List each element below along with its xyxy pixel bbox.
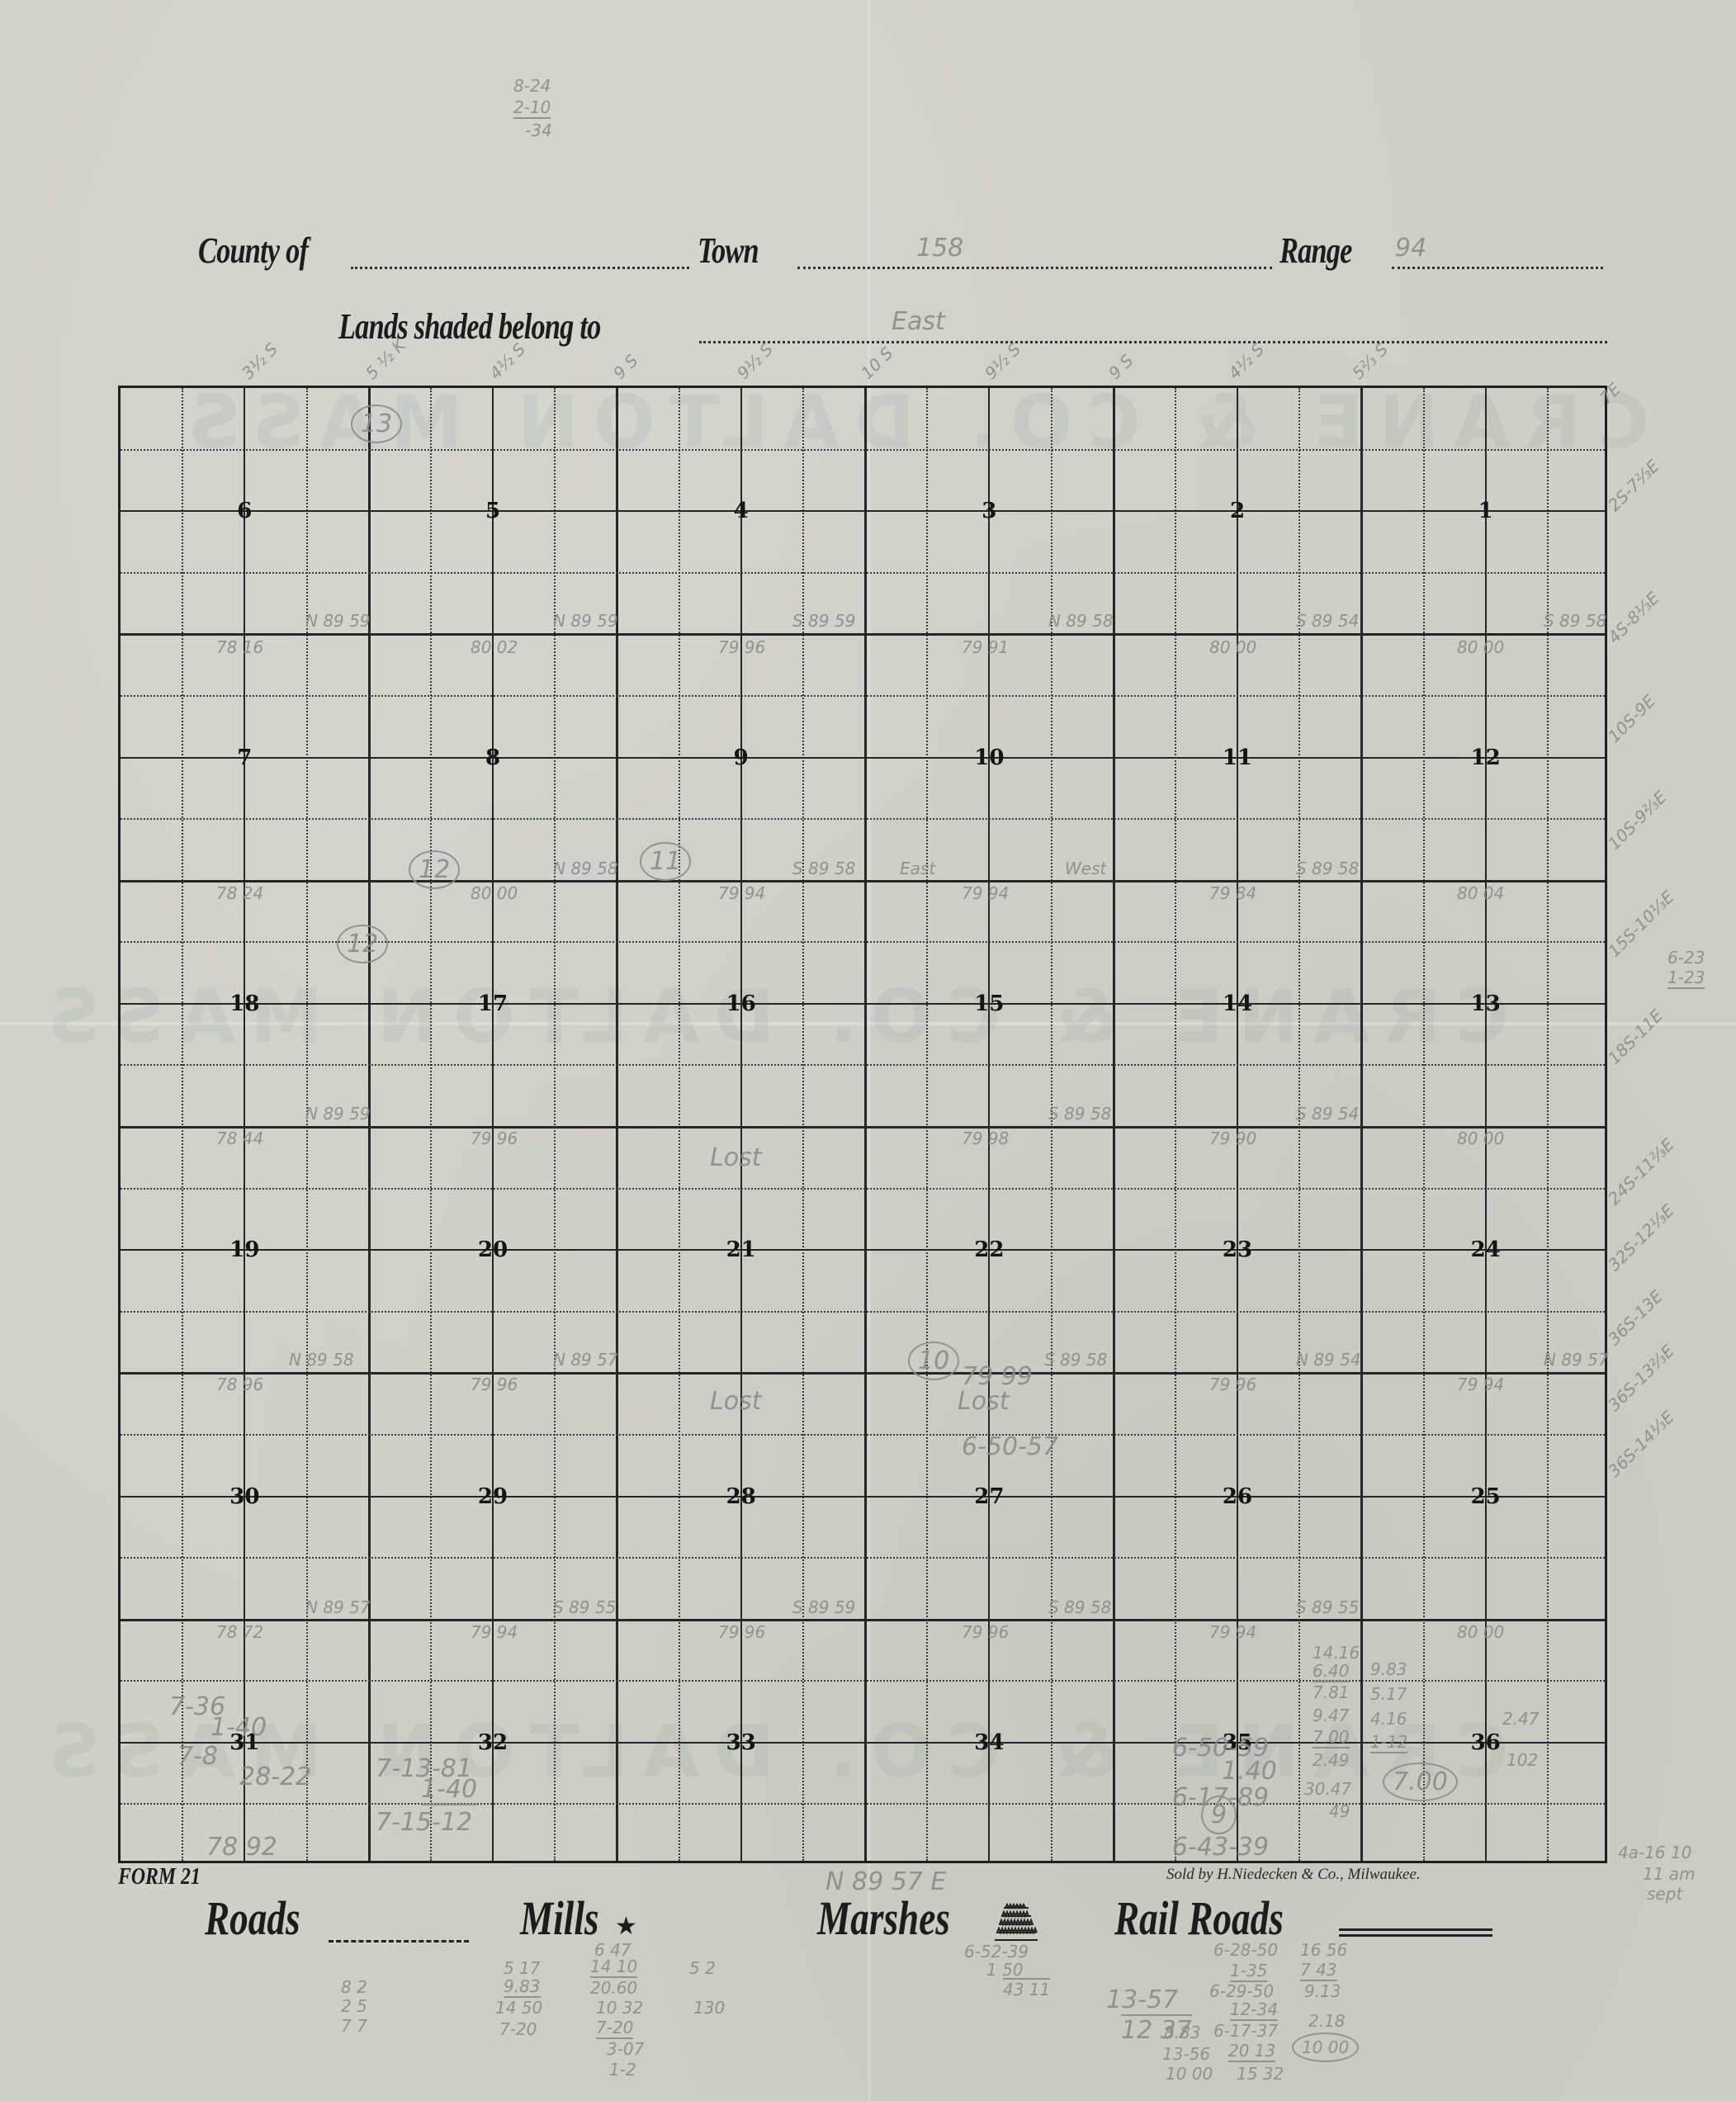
quarter-quarter-line bbox=[1298, 388, 1300, 1861]
circled-number: 11 bbox=[640, 842, 691, 881]
calc-block: 3-07 bbox=[607, 2039, 644, 2059]
section-number-7: 7 bbox=[237, 747, 252, 769]
edge-bearing: 36S-13E bbox=[1604, 1286, 1667, 1349]
line-bearing: N 89 58 bbox=[289, 1350, 354, 1370]
section-number-14: 14 bbox=[1223, 993, 1252, 1015]
quarter-quarter-line bbox=[121, 695, 1605, 697]
quarter-quarter-line bbox=[121, 449, 1605, 451]
section-number-18: 18 bbox=[229, 993, 259, 1015]
section-number-32: 32 bbox=[478, 1732, 508, 1753]
calc-block: 1 50 bbox=[986, 1960, 1024, 1980]
line-bearing: N 89 57 bbox=[553, 1350, 618, 1370]
calc-block: 14 10 bbox=[590, 1957, 637, 1978]
calc-line: 30.47 bbox=[1304, 1779, 1351, 1799]
margin-note: sept bbox=[1647, 1884, 1682, 1904]
edge-bearing: 36S-13⅔E bbox=[1604, 1341, 1678, 1415]
calc-block: 20.60 bbox=[590, 1978, 637, 1998]
calc-block: 16 56 bbox=[1300, 1940, 1347, 1960]
line-lost: Lost bbox=[958, 1387, 1009, 1416]
legend-railroads-label: Rail Roads bbox=[1114, 1890, 1284, 1946]
circled-number: 10 00 bbox=[1292, 2032, 1359, 2062]
calc-block: 9.13 bbox=[1304, 1981, 1341, 2001]
margin-note: 1-23 bbox=[1667, 968, 1705, 989]
corner-note: 9 S bbox=[609, 351, 641, 383]
quarter-line bbox=[121, 757, 1605, 759]
line-distance: 78 44 bbox=[216, 1129, 263, 1148]
section-number-1: 1 bbox=[1478, 500, 1493, 522]
line-lost: Lost bbox=[710, 1387, 761, 1416]
edge-bearing: 36S-14⅓E bbox=[1604, 1407, 1678, 1481]
calc-block: 6-17-37 bbox=[1213, 2021, 1278, 2041]
calc-line: 7-15-12 bbox=[376, 1808, 472, 1837]
marsh-symbol-icon bbox=[992, 1903, 1040, 1942]
line-direction: West bbox=[1065, 859, 1106, 878]
line-bearing: N 89 58 bbox=[1048, 611, 1114, 631]
lands-shaded-field[interactable] bbox=[699, 341, 1607, 343]
calc-line: 7.81 bbox=[1313, 1682, 1350, 1702]
quarter-quarter-line bbox=[182, 388, 183, 1861]
line-bearing: N 89 59 bbox=[305, 611, 371, 631]
edge-bearing: 24S-11⅔E bbox=[1604, 1134, 1678, 1209]
calc-block: 7 43 bbox=[1300, 1960, 1337, 1981]
corner-note: 10 S bbox=[857, 343, 896, 383]
mill-star-icon: ★ bbox=[615, 1912, 637, 1941]
section-number-11: 11 bbox=[1223, 747, 1252, 769]
section-number-13: 13 bbox=[1471, 993, 1501, 1015]
quarter-quarter-line bbox=[679, 388, 680, 1861]
line-bearing: S 89 58 bbox=[1544, 611, 1606, 631]
section-number-4: 4 bbox=[734, 500, 749, 522]
calc-line: 1-40 bbox=[421, 1775, 477, 1805]
quarter-quarter-line bbox=[121, 1311, 1605, 1313]
calc-block: 15 32 bbox=[1237, 2064, 1284, 2084]
edge-bearing: 2S-7⅔E bbox=[1604, 456, 1663, 515]
section-line bbox=[1113, 388, 1115, 1861]
town-field[interactable] bbox=[797, 267, 1272, 269]
line-bearing: S 89 58 bbox=[1044, 1350, 1107, 1370]
quarter-quarter-line bbox=[926, 388, 928, 1861]
calc-line: 1-12 bbox=[1370, 1732, 1407, 1753]
line-distance: 79 94 bbox=[471, 1622, 518, 1642]
calc-line: 9.47 bbox=[1313, 1706, 1350, 1725]
calc-line: 78 92 bbox=[206, 1833, 277, 1862]
range-field[interactable] bbox=[1392, 267, 1603, 269]
line-distance: 79 94 bbox=[962, 883, 1009, 903]
section-number-28: 28 bbox=[726, 1486, 756, 1507]
calc-line: 1.40 bbox=[1222, 1757, 1277, 1786]
line-distance: 80 00 bbox=[471, 883, 518, 903]
section-number-26: 26 bbox=[1223, 1486, 1252, 1507]
legend-roads-label: Roads bbox=[205, 1890, 300, 1946]
section-number-2: 2 bbox=[1230, 500, 1245, 522]
line-bearing: S 89 54 bbox=[1296, 1104, 1359, 1124]
line-bearing: N 89 54 bbox=[1296, 1350, 1361, 1370]
quarter-line bbox=[121, 1003, 1605, 1005]
line-distance: 79 96 bbox=[471, 1375, 518, 1394]
quarter-quarter-line bbox=[430, 388, 432, 1861]
circled-number: 10 bbox=[908, 1342, 959, 1380]
section-number-24: 24 bbox=[1471, 1239, 1501, 1261]
section-number-8: 8 bbox=[485, 747, 500, 769]
calc-line: 1-40 bbox=[210, 1713, 267, 1742]
quarter-quarter-line bbox=[1547, 388, 1549, 1861]
county-label: County of bbox=[198, 230, 308, 272]
calc-block: 13-56 bbox=[1162, 2044, 1210, 2064]
calc-block: 7-20 bbox=[499, 2019, 537, 2039]
line-distance: 80 00 bbox=[1457, 1129, 1504, 1148]
note-line: -34 bbox=[525, 121, 552, 140]
line-bearing: S 89 59 bbox=[792, 611, 855, 631]
section-line bbox=[1360, 388, 1363, 1861]
quarter-quarter-line bbox=[121, 1803, 1605, 1805]
section-number-10: 10 bbox=[974, 747, 1004, 769]
section-number-30: 30 bbox=[229, 1486, 259, 1507]
line-distance: 79 98 bbox=[962, 1129, 1009, 1148]
quarter-quarter-line bbox=[802, 388, 804, 1861]
quarter-quarter-line bbox=[1423, 388, 1425, 1861]
calc-block: 6-29-50 bbox=[1209, 1981, 1274, 2001]
section-number-16: 16 bbox=[726, 993, 756, 1015]
circled-number: 12 bbox=[409, 850, 460, 889]
line-distance: 79 96 bbox=[1209, 1375, 1256, 1394]
calc-line: 6.40 bbox=[1313, 1661, 1350, 1682]
road-line-symbol bbox=[329, 1940, 469, 1942]
quarter-quarter-line bbox=[121, 1064, 1605, 1066]
legend-marshes-label: Marshes bbox=[817, 1890, 950, 1946]
line-bearing: S 89 55 bbox=[553, 1597, 616, 1617]
section-line bbox=[368, 388, 371, 1861]
section-number-34: 34 bbox=[974, 1732, 1004, 1753]
line-bearing: N 89 57 bbox=[1544, 1350, 1609, 1370]
calc-line: 6-43-39 bbox=[1172, 1833, 1269, 1862]
line-bearing: S 89 58 bbox=[1296, 859, 1359, 878]
note-line: 2-10 bbox=[513, 97, 551, 119]
calc-block: 10 00 bbox=[1166, 2064, 1213, 2084]
calc-block: 43 11 bbox=[1003, 1978, 1050, 1999]
line-distance: 79 96 bbox=[962, 1622, 1009, 1642]
legend-mills-label: Mills bbox=[520, 1890, 599, 1946]
quarter-quarter-line bbox=[121, 572, 1605, 574]
line-bearing: N 89 59 bbox=[553, 611, 618, 631]
line-bearing: S 89 59 bbox=[792, 1597, 855, 1617]
line-distance: 78 72 bbox=[216, 1622, 263, 1642]
calc-line: 6-50-57 bbox=[962, 1432, 1058, 1461]
corner-note: 5⅔ S bbox=[1348, 339, 1392, 383]
quarter-quarter-line bbox=[1175, 388, 1176, 1861]
quarter-quarter-line bbox=[554, 388, 556, 1861]
line-distance: 78 24 bbox=[216, 883, 263, 903]
section-number-22: 22 bbox=[974, 1239, 1004, 1261]
quarter-quarter-line bbox=[121, 1680, 1605, 1682]
corner-note: 3½ S bbox=[238, 339, 281, 383]
calc-block: 6-28-50 bbox=[1213, 1940, 1278, 1960]
edge-bearing: 10S-9E bbox=[1604, 691, 1659, 746]
line-bearing: N 89 59 bbox=[305, 1104, 371, 1124]
line-distance: 79 96 bbox=[471, 1129, 518, 1148]
line-distance: 79 84 bbox=[1209, 883, 1256, 903]
lands-shaded-value: East bbox=[892, 307, 945, 336]
margin-note: 6-23 bbox=[1667, 948, 1705, 968]
calc-block: 8.83 bbox=[1164, 2023, 1201, 2042]
section-number-3: 3 bbox=[982, 500, 996, 522]
section-number-15: 15 bbox=[974, 993, 1004, 1015]
line-distance: 79 94 bbox=[1457, 1375, 1504, 1394]
corner-note: 9 S bbox=[1105, 351, 1137, 383]
lands-shaded-label: Lands shaded belong to bbox=[338, 305, 600, 348]
quarter-quarter-line bbox=[121, 818, 1605, 820]
calc-block: 9.83 bbox=[504, 1976, 541, 1998]
corner-note: 9½ S bbox=[981, 339, 1024, 383]
line-distance: 80 02 bbox=[471, 637, 518, 657]
quarter-line bbox=[121, 1496, 1605, 1498]
calc-line: 5.17 bbox=[1370, 1684, 1407, 1704]
line-distance: 79 96 bbox=[718, 1622, 765, 1642]
calc-line: 9.83 bbox=[1370, 1659, 1407, 1679]
calc-line: 28-22 bbox=[239, 1763, 311, 1791]
calc-line: 102 bbox=[1507, 1750, 1538, 1770]
line-bearing: S 89 54 bbox=[1296, 611, 1359, 631]
calc-line: 49 bbox=[1329, 1801, 1350, 1821]
section-number-6: 6 bbox=[237, 500, 252, 522]
line-lost: Lost bbox=[710, 1143, 761, 1172]
section-line bbox=[121, 1126, 1605, 1129]
section-number-36: 36 bbox=[1471, 1732, 1501, 1753]
calc-block: 8 2 bbox=[341, 1977, 367, 1997]
line-distance: 78 96 bbox=[216, 1375, 263, 1394]
quarter-line bbox=[121, 510, 1605, 512]
calc-block: 6-52-39 bbox=[964, 1942, 1029, 1961]
line-distance: 79 90 bbox=[1209, 1129, 1256, 1148]
calc-block: 20 13 bbox=[1228, 2041, 1275, 2062]
line-bearing: S 89 55 bbox=[1296, 1597, 1359, 1617]
calc-block: 7 7 bbox=[341, 2016, 367, 2036]
line-bearing: S 89 58 bbox=[792, 859, 855, 878]
publisher-credit: Sold by H.Niedecken & Co., Milwaukee. bbox=[1166, 1866, 1421, 1884]
margin-note: 11 am bbox=[1643, 1864, 1696, 1884]
section-number-23: 23 bbox=[1223, 1239, 1252, 1261]
range-label: Range bbox=[1280, 230, 1352, 272]
section-number-25: 25 bbox=[1471, 1486, 1501, 1507]
calc-block: 2 5 bbox=[341, 1996, 367, 2016]
section-number-17: 17 bbox=[478, 993, 508, 1015]
line-bearing: N 89 57 bbox=[305, 1597, 371, 1617]
calc-block: 12-34 bbox=[1230, 1999, 1278, 2021]
calc-line: 7.00 bbox=[1313, 1727, 1350, 1748]
calc-line: 7-8 bbox=[177, 1742, 218, 1771]
calc-block: 5 2 bbox=[689, 1958, 716, 1978]
line-distance: 79 91 bbox=[962, 637, 1009, 657]
section-number-27: 27 bbox=[974, 1486, 1004, 1507]
edge-bearing: 18S-11E bbox=[1604, 1006, 1667, 1068]
town-label: Town bbox=[698, 230, 759, 272]
line-bearing: S 89 58 bbox=[1048, 1104, 1111, 1124]
edge-bearing: 4S-8⅓E bbox=[1604, 588, 1663, 647]
calc-block: 1-2 bbox=[609, 2060, 636, 2080]
margin-note: 4a-16 10 bbox=[1618, 1843, 1691, 1862]
calc-block: 130 bbox=[693, 1998, 725, 2018]
section-line bbox=[121, 1372, 1605, 1375]
circled-number: 13 bbox=[351, 405, 402, 443]
section-number-29: 29 bbox=[478, 1486, 508, 1507]
calc-block: 13-57 bbox=[1106, 1985, 1178, 2014]
circled-number: 7.00 bbox=[1383, 1763, 1458, 1801]
note-line: 8-24 bbox=[513, 76, 551, 96]
quarter-quarter-line bbox=[1051, 388, 1052, 1861]
county-field[interactable] bbox=[351, 267, 689, 269]
section-line bbox=[121, 880, 1605, 883]
section-line bbox=[864, 388, 867, 1861]
township-grid: 6543217891011121817161514131920212223243… bbox=[118, 386, 1607, 1863]
section-number-33: 33 bbox=[726, 1732, 756, 1753]
calc-line: 6-17-89 bbox=[1172, 1783, 1269, 1812]
section-number-9: 9 bbox=[734, 747, 749, 769]
section-number-5: 5 bbox=[485, 500, 500, 522]
section-number-20: 20 bbox=[478, 1239, 508, 1261]
section-number-19: 19 bbox=[229, 1239, 259, 1261]
line-distance: 79 96 bbox=[718, 637, 765, 657]
section-number-12: 12 bbox=[1471, 747, 1501, 769]
calc-line: 79 99 bbox=[962, 1362, 1033, 1391]
line-bearing: S 89 58 bbox=[1048, 1597, 1111, 1617]
corner-note: 9½ S bbox=[733, 339, 777, 383]
calc-line: 14.16 bbox=[1313, 1643, 1360, 1663]
quarter-quarter-line bbox=[121, 1557, 1605, 1559]
line-distance: 80 00 bbox=[1457, 1622, 1504, 1642]
line-bearing: N 89 58 bbox=[553, 859, 618, 878]
calc-block: 7-20 bbox=[596, 2018, 633, 2039]
quarter-quarter-line bbox=[121, 1188, 1605, 1190]
line-distance: 79 94 bbox=[1209, 1622, 1256, 1642]
line-distance: 78 16 bbox=[216, 637, 263, 657]
railroad-line-symbol bbox=[1339, 1928, 1492, 1937]
calc-block: 2.18 bbox=[1308, 2011, 1346, 2031]
calc-line: 2.47 bbox=[1502, 1709, 1540, 1729]
quarter-quarter-line bbox=[306, 388, 308, 1861]
edge-bearing: 10S-9⅔E bbox=[1604, 787, 1671, 854]
calc-block: 1-35 bbox=[1230, 1961, 1267, 1982]
quarter-line bbox=[121, 1249, 1605, 1251]
circled-number: 12 bbox=[337, 925, 388, 963]
calc-block: 5 17 bbox=[504, 1958, 541, 1978]
quarter-quarter-line bbox=[121, 1434, 1605, 1436]
section-number-21: 21 bbox=[726, 1239, 756, 1261]
line-distance: 80 04 bbox=[1457, 883, 1504, 903]
town-value: 158 bbox=[916, 234, 963, 263]
calc-block: 10 32 bbox=[596, 1998, 643, 2018]
section-line bbox=[616, 388, 618, 1861]
calc-block: 14 50 bbox=[495, 1998, 542, 2018]
edge-bearing: 32S-12⅓E bbox=[1604, 1200, 1678, 1275]
line-distance: 79 94 bbox=[718, 883, 765, 903]
calc-line: 4.16 bbox=[1370, 1709, 1407, 1729]
line-direction: East bbox=[900, 859, 935, 878]
range-value: 94 bbox=[1395, 234, 1426, 263]
section-line bbox=[121, 633, 1605, 636]
section-line bbox=[121, 1619, 1605, 1621]
corner-note: 4½ S bbox=[1224, 339, 1268, 383]
line-distance: 80 00 bbox=[1457, 637, 1504, 657]
calc-line: 2.49 bbox=[1313, 1750, 1350, 1770]
line-distance: 80 00 bbox=[1209, 637, 1256, 657]
form-number: FORM 21 bbox=[118, 1864, 201, 1890]
